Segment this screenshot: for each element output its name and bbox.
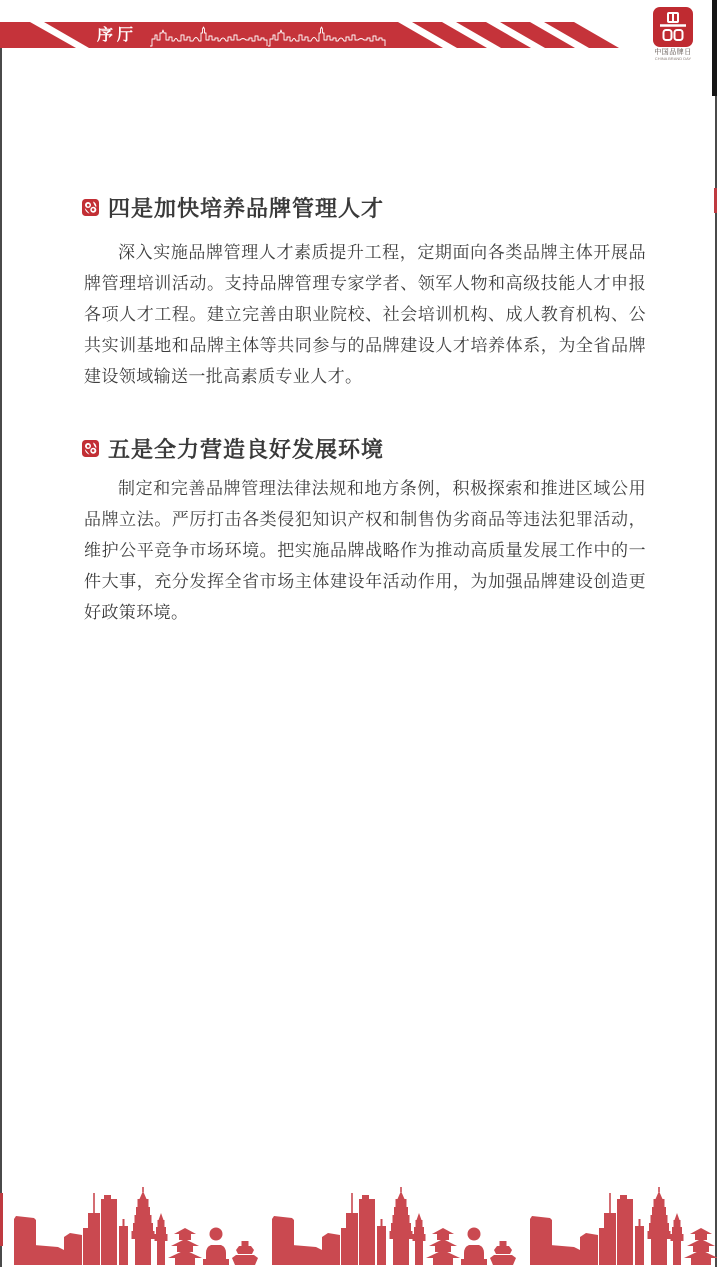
- section-body-5: 制定和完善品牌管理法律法规和地方条例，积极探索和推进区域公用品牌立法。严厉打击各…: [84, 473, 646, 628]
- section-heading-5: 五是全力营造良好发展环境: [82, 435, 384, 461]
- section-body-4: 深入实施品牌管理人才素质提升工程，定期面向各类品牌主体开展品牌管理培训活动。支持…: [84, 237, 646, 392]
- china-brand-day-logo: 中国品牌日 CHINA BRAND DAY: [650, 7, 696, 63]
- city-skyline-outline-icon: [150, 25, 390, 47]
- footer-city-skyline-icon: [0, 1185, 717, 1267]
- section-heading-4: 四是加快培养品牌管理人才: [82, 194, 384, 220]
- logo-name-cn: 中国品牌日: [650, 49, 696, 57]
- right-edge-black-bar: [712, 0, 717, 96]
- china-brand-day-seal-icon: [653, 7, 693, 47]
- document-page: 序厅 中国品牌日 CHINA BRAND DAY: [0, 0, 717, 1267]
- header-banner: 序厅: [0, 22, 717, 48]
- section-heading-text: 四是加快培养品牌管理人才: [108, 192, 384, 223]
- banner-title: 序厅: [97, 22, 137, 48]
- pinwheel-bullet-icon: [82, 199, 99, 216]
- pinwheel-bullet-icon: [82, 440, 99, 457]
- section-heading-text: 五是全力营造良好发展环境: [108, 433, 384, 464]
- left-edge-line: [0, 48, 2, 1267]
- logo-name-en: CHINA BRAND DAY: [655, 57, 692, 62]
